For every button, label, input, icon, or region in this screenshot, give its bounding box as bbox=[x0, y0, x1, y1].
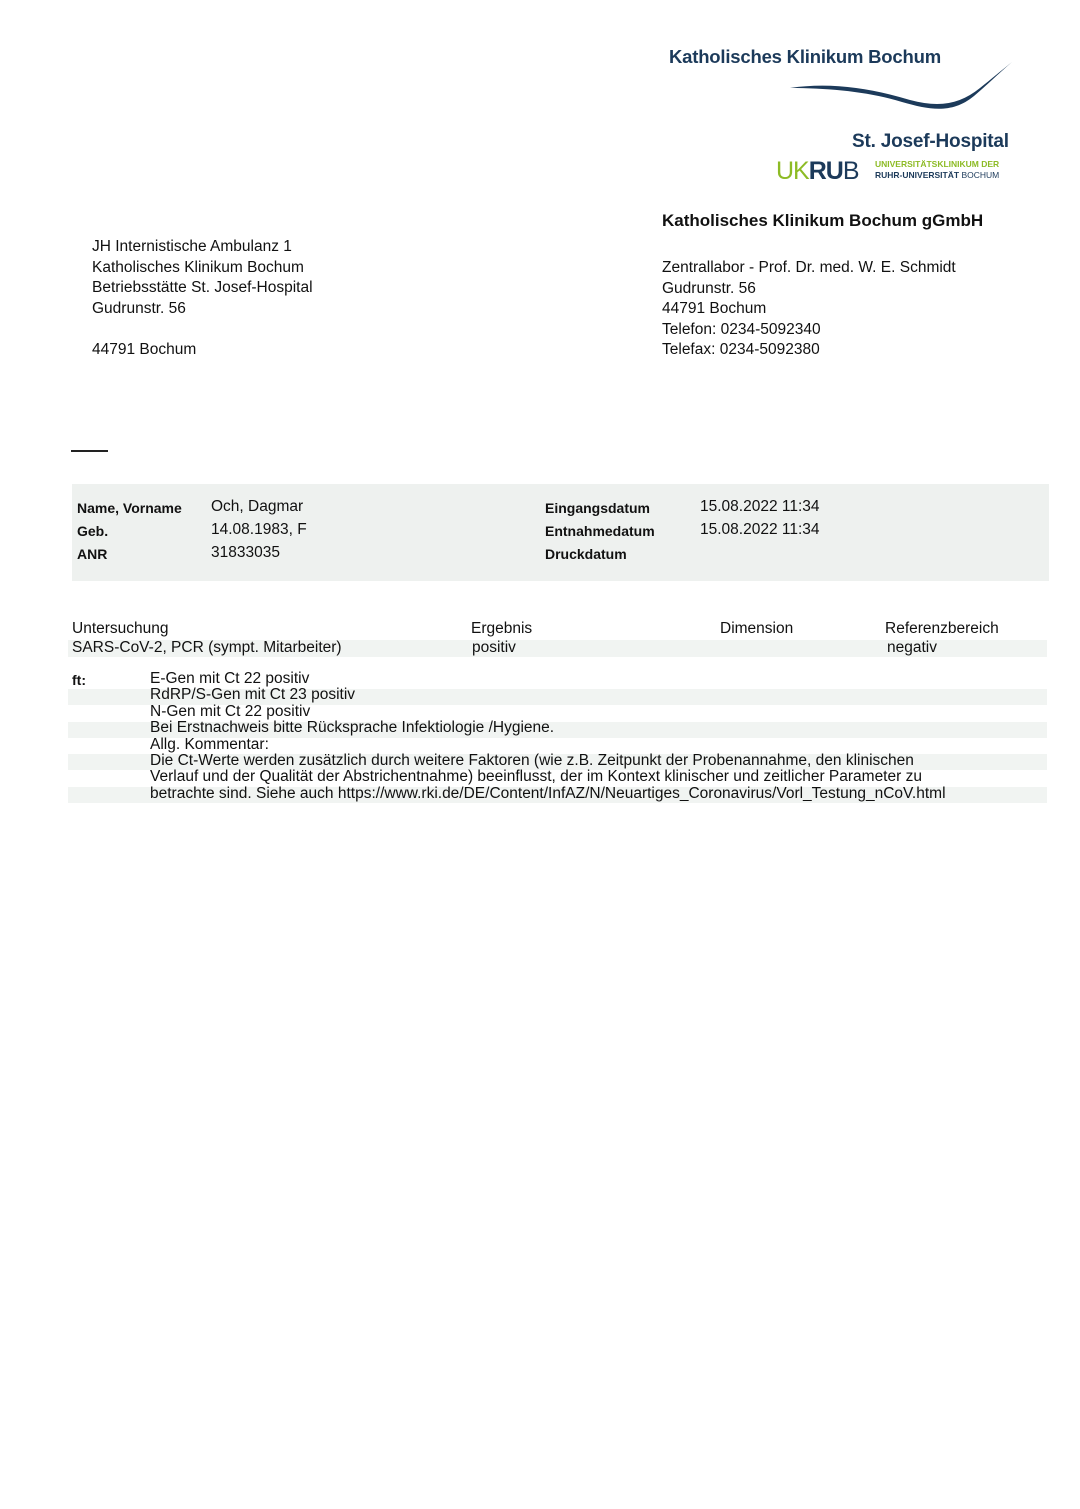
header-test: Untersuchung bbox=[72, 620, 169, 638]
university-caption-thin: BOCHUM bbox=[961, 170, 999, 180]
hospital-name: St. Josef-Hospital bbox=[852, 131, 1009, 153]
birth-label: Geb. bbox=[77, 523, 108, 539]
fold-mark bbox=[71, 450, 108, 452]
header-reference: Referenzbereich bbox=[885, 620, 999, 638]
sender-line: Zentrallabor - Prof. Dr. med. W. E. Schm… bbox=[662, 258, 956, 279]
comment-line: RdRP/S-Gen mit Ct 23 positiv bbox=[150, 687, 946, 703]
uk-mark: UK bbox=[776, 157, 809, 185]
recipient-line: 44791 Bochum bbox=[92, 340, 313, 361]
name-value: Och, Dagmar bbox=[211, 498, 303, 516]
anr-value: 31833035 bbox=[211, 544, 280, 562]
sender-address: Zentrallabor - Prof. Dr. med. W. E. Schm… bbox=[662, 258, 956, 361]
university-caption: UNIVERSITÄTSKLINIKUM DER RUHR-UNIVERSITÄ… bbox=[875, 159, 999, 181]
sender-company: Katholisches Klinikum Bochum gGmbH bbox=[662, 211, 983, 231]
result-test: SARS-CoV-2, PCR (sympt. Mitarbeiter) bbox=[72, 639, 342, 657]
received-date-label: Eingangsdatum bbox=[545, 500, 650, 516]
name-label: Name, Vorname bbox=[77, 500, 182, 516]
comment-line: betrachte sind. Siehe auch https://www.r… bbox=[150, 786, 946, 802]
sender-line: Telefon: 0234-5092340 bbox=[662, 320, 956, 341]
received-date-value: 15.08.2022 11:34 bbox=[700, 498, 820, 516]
university-caption-line2: RUHR-UNIVERSITÄT BOCHUM bbox=[875, 170, 999, 181]
ukrub-logo: UKRUB bbox=[776, 157, 859, 185]
birth-value: 14.08.1983, F bbox=[211, 521, 307, 539]
ru-mark: RU bbox=[809, 157, 843, 185]
university-caption-bold: RUHR-UNIVERSITÄT bbox=[875, 170, 959, 180]
recipient-line: Katholisches Klinikum Bochum bbox=[92, 258, 313, 279]
sender-line: Gudrunstr. 56 bbox=[662, 279, 956, 300]
recipient-line: Gudrunstr. 56 bbox=[92, 299, 313, 320]
recipient-address: JH Internistische Ambulanz 1 Katholische… bbox=[92, 237, 313, 361]
comment-line: Verlauf und der Qualität der Abstrichent… bbox=[150, 769, 946, 785]
comment-label: ft: bbox=[72, 672, 86, 688]
sender-line: Telefax: 0234-5092380 bbox=[662, 340, 956, 361]
anr-label: ANR bbox=[77, 546, 107, 562]
sample-date-value: 15.08.2022 11:34 bbox=[700, 521, 820, 539]
wave-logo-icon bbox=[790, 48, 1015, 110]
recipient-line: Betriebsstätte St. Josef-Hospital bbox=[92, 278, 313, 299]
header-result: Ergebnis bbox=[471, 620, 532, 638]
print-date-label: Druckdatum bbox=[545, 546, 627, 562]
result-value: positiv bbox=[472, 639, 516, 657]
result-reference: negativ bbox=[887, 639, 937, 657]
comments-block: E-Gen mit Ct 22 positiv RdRP/S-Gen mit C… bbox=[150, 671, 946, 802]
sender-line: 44791 Bochum bbox=[662, 299, 956, 320]
comment-line: Die Ct-Werte werden zusätzlich durch wei… bbox=[150, 753, 946, 769]
university-caption-line1: UNIVERSITÄTSKLINIKUM DER bbox=[875, 159, 999, 170]
comment-line: E-Gen mit Ct 22 positiv bbox=[150, 671, 946, 687]
recipient-line bbox=[92, 319, 313, 340]
b-mark: B bbox=[843, 157, 859, 185]
recipient-line: JH Internistische Ambulanz 1 bbox=[92, 237, 313, 258]
comment-line: Allg. Kommentar: bbox=[150, 737, 946, 753]
sample-date-label: Entnahmedatum bbox=[545, 523, 655, 539]
comment-line: Bei Erstnachweis bitte Rücksprache Infek… bbox=[150, 720, 946, 736]
header-unit: Dimension bbox=[720, 620, 793, 638]
comment-line: N-Gen mit Ct 22 positiv bbox=[150, 704, 946, 720]
